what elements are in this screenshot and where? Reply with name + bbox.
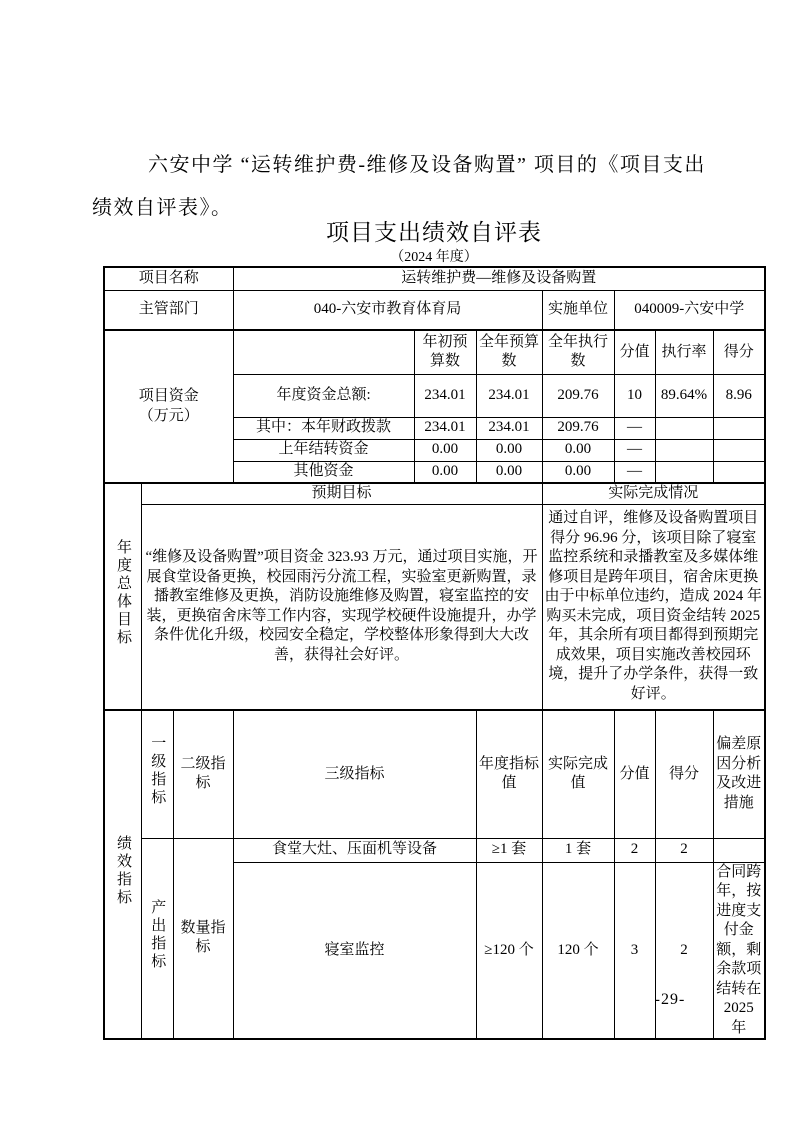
funds-col-executed: 全年执行数: [542, 330, 614, 374]
actual-completion-header: 实际完成情况: [542, 483, 765, 504]
project-name-label: 项目名称: [104, 267, 233, 290]
funds-score-value: [713, 417, 765, 439]
funds-exec-value: 209.76: [542, 374, 614, 417]
funds-col-initial-budget: 年初预算数: [414, 330, 476, 374]
funds-weight-value: —: [614, 461, 655, 483]
project-name-value: 运转维护费—维修及设备购置: [233, 267, 765, 290]
table-row: 产出指标 数量指标 食堂大灶、压面机等设备 ≥1 套 1 套 2 2: [104, 838, 765, 862]
funds-annual-value: 234.01: [476, 374, 542, 417]
annual-goal-section-label: 年度总体目标: [104, 483, 141, 710]
perf-score-value: 2: [655, 838, 713, 862]
perf-level1-group: 产出指标: [141, 838, 173, 1039]
perf-deviation-text: 合同跨年，按进度支付金额，剩余款项结转在 2025 年: [713, 862, 765, 1039]
document-page: 六安中学 “运转维护费-维修及设备购置” 项目的《项目支出 绩效自评表》。 项目…: [0, 0, 793, 1122]
perf-weight-value: 3: [614, 862, 655, 1039]
dept-value: 040-六安市教育体育局: [233, 290, 542, 330]
perf-col-target: 年度指标值: [476, 710, 542, 838]
funds-exec-value: 0.00: [542, 439, 614, 461]
page-subtitle: （2024 年度）: [103, 249, 765, 266]
funds-section-label: 项目资金 （万元）: [104, 330, 233, 483]
perf-indicator: 食堂大灶、压面机等设备: [233, 838, 476, 862]
funds-exec-value: 209.76: [542, 417, 614, 439]
perf-col-level3: 三级指标: [233, 710, 476, 838]
table-row: 主管部门 040-六安市教育体育局 实施单位 040009-六安中学: [104, 290, 765, 330]
funds-row-label: 年度资金总额:: [233, 374, 414, 417]
intro-line-1: 六安中学 “运转维护费-维修及设备购置” 项目的《项目支出: [92, 144, 740, 187]
funds-rate-value: [655, 439, 713, 461]
funds-initial-value: 0.00: [414, 461, 476, 483]
table-row: 项目名称 运转维护费—维修及设备购置: [104, 267, 765, 290]
funds-row-label: 其中：本年财政拨款: [233, 417, 414, 439]
performance-label-text: 绩效指标: [115, 835, 132, 907]
table-row: 绩效指标 一级指标 二级指标 三级指标 年度指标值 实际完成值 分值 得分 偏差…: [104, 710, 765, 838]
performance-section-label: 绩效指标: [104, 710, 141, 1039]
funds-annual-value: 234.01: [476, 417, 542, 439]
perf-deviation-text: [713, 838, 765, 862]
expected-goal-header: 预期目标: [141, 483, 542, 504]
annual-goal-label-text: 年度总体目标: [115, 539, 132, 647]
self-evaluation-table: 项目名称 运转维护费—维修及设备购置 主管部门 040-六安市教育体育局 实施单…: [103, 266, 766, 1040]
funds-rate-value: 89.64%: [655, 374, 713, 417]
funds-row-label: 其他资金: [233, 461, 414, 483]
perf-col-deviation: 偏差原因分析及改进措施: [713, 710, 765, 838]
perf-level2-group: 数量指标: [173, 838, 233, 1039]
table-row: “维修及设备购置”项目资金 323.93 万元，通过项目实施，开展食堂设备更换，…: [104, 504, 765, 710]
perf-col-score: 得分: [655, 710, 713, 838]
perf-actual-value: 1 套: [542, 838, 614, 862]
funds-corner-cell-empty: [233, 330, 414, 374]
perf-target-value: ≥1 套: [476, 838, 542, 862]
perf-weight-value: 2: [614, 838, 655, 862]
impl-unit-value: 040009-六安中学: [614, 290, 765, 330]
funds-weight-value: 10: [614, 374, 655, 417]
perf-col-level1: 一级指标: [141, 710, 173, 838]
funds-initial-value: 234.01: [414, 417, 476, 439]
funds-initial-value: 234.01: [414, 374, 476, 417]
funds-col-weight: 分值: [614, 330, 655, 374]
perf-score-value: 2: [655, 862, 713, 1039]
table-row: 年度总体目标 预期目标 实际完成情况: [104, 483, 765, 504]
funds-col-annual-budget: 全年预算数: [476, 330, 542, 374]
perf-indicator: 寝室监控: [233, 862, 476, 1039]
table-row: 项目资金 （万元） 年初预算数 全年预算数 全年执行数 分值 执行率 得分: [104, 330, 765, 374]
funds-rate-value: [655, 461, 713, 483]
perf-col-weight: 分值: [614, 710, 655, 838]
perf-col-level2: 二级指标: [173, 710, 233, 838]
dept-label: 主管部门: [104, 290, 233, 330]
funds-col-exec-rate: 执行率: [655, 330, 713, 374]
funds-weight-value: —: [614, 417, 655, 439]
funds-annual-value: 0.00: [476, 461, 542, 483]
impl-unit-label: 实施单位: [542, 290, 614, 330]
funds-col-score: 得分: [713, 330, 765, 374]
page-title: 项目支出绩效自评表: [103, 219, 765, 247]
page-number: -29-: [630, 991, 710, 1009]
intro-paragraph: 六安中学 “运转维护费-维修及设备购置” 项目的《项目支出 绩效自评表》。: [92, 144, 740, 230]
funds-score-value: [713, 439, 765, 461]
funds-initial-value: 0.00: [414, 439, 476, 461]
funds-rate-value: [655, 417, 713, 439]
actual-completion-text: 通过自评，维修及设备购置项目得分 96.96 分，该项目除了寝室监控系统和录播教…: [542, 504, 765, 710]
funds-exec-value: 0.00: [542, 461, 614, 483]
perf-actual-value: 120 个: [542, 862, 614, 1039]
expected-goal-text: “维修及设备购置”项目资金 323.93 万元，通过项目实施，开展食堂设备更换，…: [141, 504, 542, 710]
funds-annual-value: 0.00: [476, 439, 542, 461]
funds-weight-value: —: [614, 439, 655, 461]
funds-score-value: 8.96: [713, 374, 765, 417]
perf-level1-group-text: 产出指标: [149, 899, 166, 971]
funds-score-value: [713, 461, 765, 483]
perf-col-actual: 实际完成值: [542, 710, 614, 838]
perf-col-level1-text: 一级指标: [149, 735, 166, 807]
funds-row-label: 上年结转资金: [233, 439, 414, 461]
perf-target-value: ≥120 个: [476, 862, 542, 1039]
